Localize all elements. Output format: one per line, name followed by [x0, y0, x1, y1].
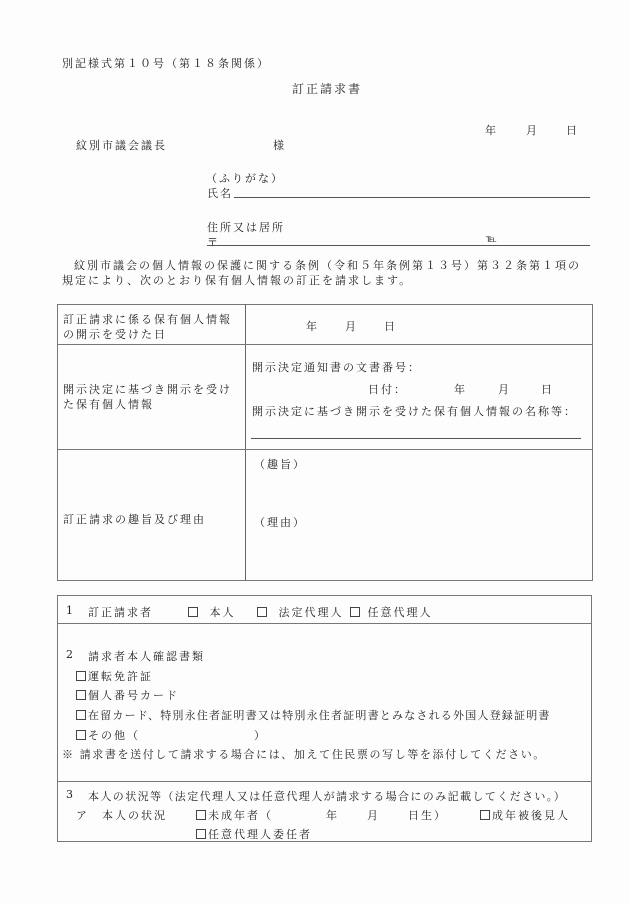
status-adult-ward-option[interactable]: 成年被後見人 — [480, 807, 570, 823]
page-title: 訂正請求書 — [292, 80, 362, 97]
notice-date-label: 日付： — [368, 381, 407, 397]
self-label: 本人 — [210, 606, 236, 619]
id-doc-drivers-license[interactable]: 運転免許証 — [76, 668, 153, 684]
row2-label-line2: た保有個人情報 — [63, 396, 154, 412]
table-row-divider — [57, 449, 593, 450]
delegator-label: 任意代理人委任者 — [208, 828, 312, 841]
id-doc-other[interactable]: その他（ — [76, 727, 140, 743]
voluntary-agent-label: 任意代理人 — [368, 606, 433, 619]
residence-card-label: 在留カード、特別永住者証明書又は特別永住者証明書とみなされる外国人登録証明書 — [88, 709, 551, 722]
other-close-paren: ） — [254, 727, 267, 743]
tel-symbol: ℡ — [486, 234, 499, 245]
minor-birth-month[interactable]: 月 — [367, 807, 380, 823]
row1-label-line2: の開示を受けた日 — [63, 326, 167, 342]
name-label: 氏名 — [207, 185, 233, 201]
requester-voluntary-agent-option[interactable]: 任意代理人 — [350, 604, 433, 620]
row3-label: 訂正請求の趣旨及び理由 — [63, 511, 206, 527]
adult-ward-label: 成年被後見人 — [492, 809, 570, 822]
table-row-divider — [57, 344, 593, 345]
drivers-license-label: 運転免許証 — [88, 670, 153, 683]
checkbox-adult-ward[interactable] — [480, 810, 490, 820]
postal-symbol: 〒 — [207, 234, 220, 250]
requester-self-option[interactable]: 本人 — [188, 604, 236, 620]
minor-birth-day[interactable]: 日生） — [408, 807, 447, 823]
request-table — [57, 304, 593, 581]
minor-label: 未成年者（ — [208, 809, 273, 822]
checkbox-drivers-license[interactable] — [76, 671, 86, 681]
checkbox-other[interactable] — [76, 730, 86, 740]
section-divider — [57, 623, 592, 624]
info-name-input-line[interactable] — [251, 438, 581, 439]
addressee: 紋別市議会議長 — [76, 137, 167, 153]
checkbox-voluntary-agent[interactable] — [350, 607, 360, 617]
notice-month[interactable]: 月 — [498, 381, 511, 397]
minor-birth-year[interactable]: 年 — [326, 807, 339, 823]
status-minor-option[interactable]: 未成年者（ — [196, 807, 273, 823]
checkbox-legal-agent[interactable] — [257, 607, 267, 617]
section2-number: 2 — [66, 648, 75, 661]
mynumber-card-label: 個人番号カード — [88, 689, 179, 702]
notice-year[interactable]: 年 — [454, 381, 467, 397]
checkbox-self[interactable] — [188, 607, 198, 617]
name-input-line[interactable] — [234, 197, 590, 198]
intro-line-2: 規定により、次のとおり保有個人情報の訂正を請求します。 — [62, 272, 412, 288]
date-month-label: 月 — [526, 122, 539, 138]
legal-agent-label: 法定代理人 — [279, 606, 344, 619]
section3-label: 本人の状況等（法定代理人又は任意代理人が請求する場合にのみ記載してください。） — [88, 788, 566, 804]
row2-label-line1: 開示決定に基づき開示を受け — [63, 381, 232, 397]
reason-label[interactable]: （理由） — [254, 514, 306, 530]
form-number: 別記様式第１０号（第１８条関係） — [62, 55, 270, 71]
section3-sub-label: ア 本人の状況 — [76, 807, 167, 823]
row1-day[interactable]: 日 — [384, 318, 397, 334]
address-label: 住所又は居所 — [207, 219, 285, 235]
date-day-label: 日 — [566, 122, 579, 138]
doc-number-label[interactable]: 開示決定通知書の文書番号： — [252, 359, 421, 375]
intro-line-1: 紋別市議会の個人情報の保護に関する条例（令和５年条例第１３号）第３２条第１項の — [74, 257, 581, 273]
checkbox-minor[interactable] — [196, 810, 206, 820]
honorific: 様 — [273, 137, 286, 153]
section1-number: 1 — [66, 604, 75, 617]
id-doc-residence-card[interactable]: 在留カード、特別永住者証明書又は特別永住者証明書とみなされる外国人登録証明書 — [76, 707, 551, 723]
furigana-label: （ふりがな） — [206, 170, 284, 186]
section2-label: 請求者本人確認書類 — [88, 648, 205, 664]
section3-number: 3 — [66, 788, 75, 801]
info-name-label: 開示決定に基づき開示を受けた保有個人情報の名称等： — [252, 403, 577, 419]
checkbox-residence-card[interactable] — [76, 710, 86, 720]
checkbox-mynumber-card[interactable] — [76, 690, 86, 700]
checkbox-delegator[interactable] — [196, 829, 206, 839]
section-divider — [57, 781, 592, 782]
row1-year[interactable]: 年 — [306, 318, 319, 334]
address-input-line[interactable] — [207, 245, 590, 246]
mail-note: ※ 請求書を送付して請求する場合には、加えて住民票の写し等を添付してください。 — [62, 746, 546, 762]
requester-legal-agent-option[interactable]: 法定代理人 — [257, 604, 344, 620]
purpose-label[interactable]: （趣旨） — [254, 456, 306, 472]
status-delegator-option[interactable]: 任意代理人委任者 — [196, 826, 312, 842]
row1-month[interactable]: 月 — [345, 318, 358, 334]
row1-label-line1: 訂正請求に係る保有個人情報 — [63, 311, 232, 327]
notice-day[interactable]: 日 — [541, 381, 554, 397]
table-column-divider — [245, 304, 246, 581]
id-doc-mynumber-card[interactable]: 個人番号カード — [76, 687, 179, 703]
date-year-label: 年 — [485, 122, 498, 138]
other-label: その他（ — [88, 729, 140, 742]
section1-label: 訂正請求者 — [88, 604, 153, 620]
